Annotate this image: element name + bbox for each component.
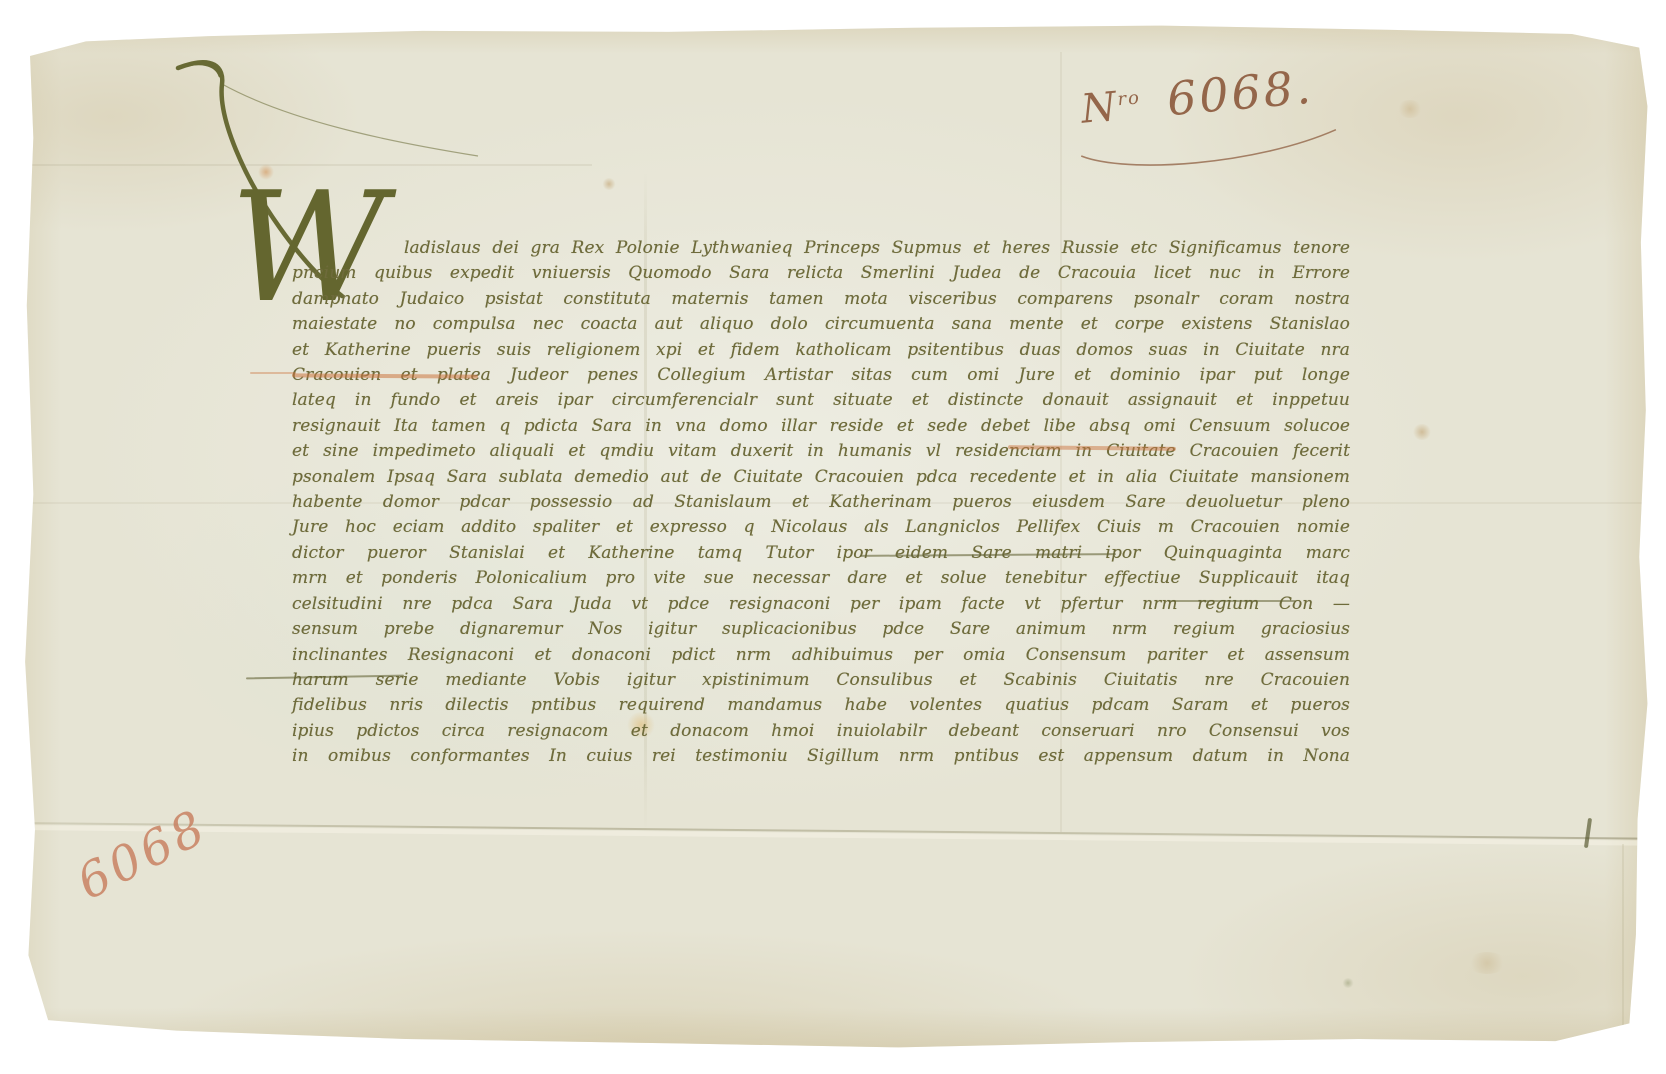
- manuscript-line: dictor pueror Stanislai et Katherine tam…: [292, 541, 1350, 566]
- manuscript-line: fidelibus nris dilectis pntibus requiren…: [292, 693, 1350, 718]
- manuscript-line: et sine impedimeto aliquali et qmdiu vit…: [292, 439, 1350, 464]
- stain-spot: [1412, 424, 1432, 440]
- manuscript-line: lateq in fundo et areis ipar circumferen…: [292, 388, 1350, 413]
- manuscript-line: ladislaus dei gra Rex Polonie Lythwanieq…: [292, 236, 1350, 261]
- manuscript-line: resignauit Ita tamen q pdicta Sara in vn…: [292, 414, 1350, 439]
- archival-number-prefix-sup: ro: [1117, 87, 1142, 110]
- manuscript-line: pncium quibus expedit vniuersis Quomodo …: [292, 261, 1350, 286]
- manuscript-line: Cracouien et platea Judeor penes Collegi…: [292, 363, 1350, 388]
- vertical-crease-bottom-right: [1622, 844, 1624, 1044]
- manuscript-line: Jure hoc eciam addito spaliter et expres…: [292, 515, 1350, 540]
- manuscript-line: psonalem Ipsaq Sara sublata demedio aut …: [292, 465, 1350, 490]
- manuscript-line: maiestate no compulsa nec coacta aut ali…: [292, 312, 1350, 337]
- manuscript-line: mrn et ponderis Polonicalium pro vite su…: [292, 566, 1350, 591]
- manuscript-line: harum serie mediante Vobis igitur xpisti…: [292, 668, 1350, 693]
- photograph-background: W ladislaus dei gra Rex Polonie Lythwani…: [0, 0, 1666, 1074]
- fold-highlight: [12, 825, 1666, 846]
- archival-number-value: 6068.: [1165, 60, 1316, 127]
- stain-spot: [1397, 100, 1423, 118]
- manuscript-line: sensum prebe dignaremur Nos igitur supli…: [292, 617, 1350, 642]
- ink-tick-mark: [1584, 818, 1592, 848]
- manuscript-line: habente domor pdcar possessio ad Stanisl…: [292, 490, 1350, 515]
- manuscript-line: ipius pdictos circa resignacom et donaco…: [292, 719, 1350, 744]
- manuscript-line: celsitudini nre pdca Sara Juda vt pdce r…: [292, 592, 1350, 617]
- archival-number-prefix: N: [1079, 84, 1120, 133]
- manuscript-text-block: ladislaus dei gra Rex Polonie Lythwanieq…: [292, 236, 1350, 770]
- manuscript-line: inclinantes Resignaconi et donaconi pdic…: [292, 643, 1350, 668]
- stain-spot: [602, 178, 616, 190]
- stain-spot: [1467, 952, 1507, 974]
- manuscript-line: in omibus conformantes In cuius rei test…: [292, 744, 1350, 769]
- horizontal-fold-crease: [12, 822, 1666, 840]
- manuscript-line: dampnato Judaico psistat constituta mate…: [292, 287, 1350, 312]
- stain-spot: [1342, 978, 1354, 988]
- manuscript-line: et Katherine pueris suis religionem xpi …: [292, 338, 1350, 363]
